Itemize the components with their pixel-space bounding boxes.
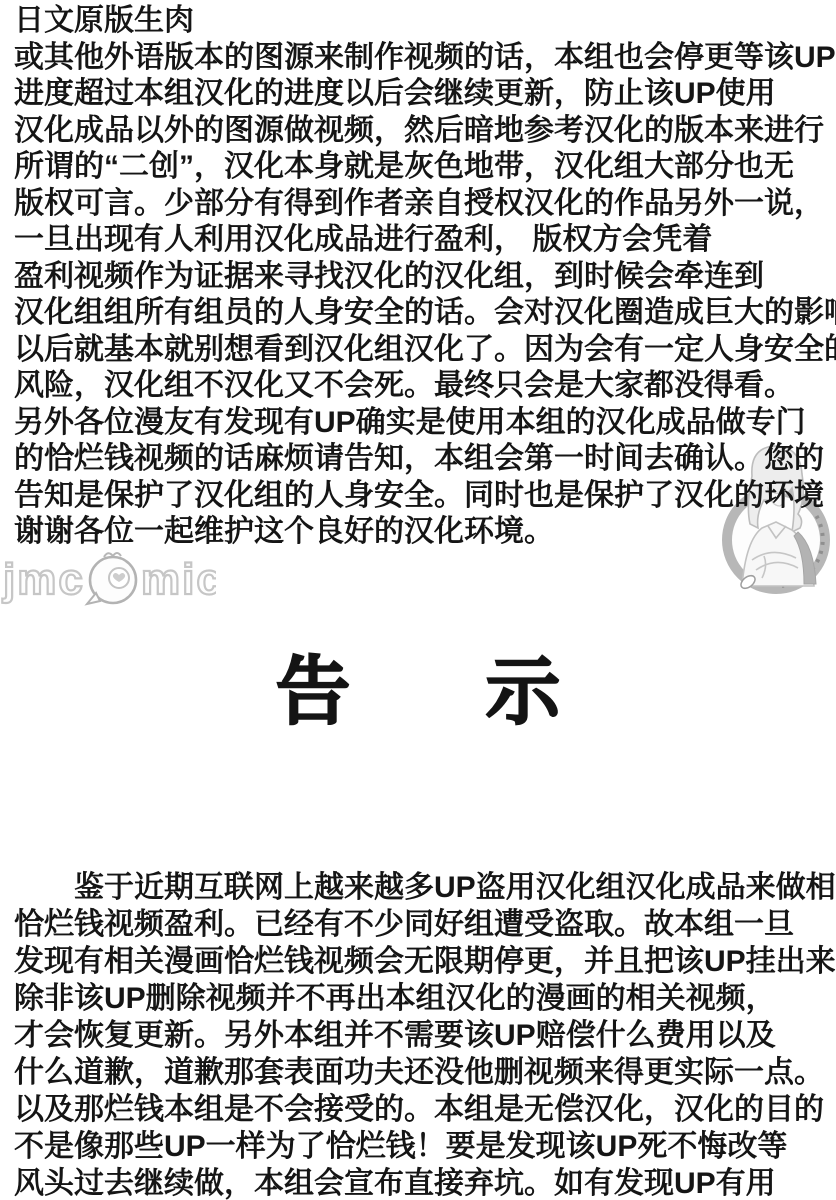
text-line: 汉化组组所有组员的人身安全的话。会对汉化圈造成巨大的影响， [14, 295, 836, 332]
title-char-left: 告 [276, 650, 350, 734]
text-line: 的恰烂钱视频的话麻烦请告知，本组会第一时间去确认。您的 [14, 441, 836, 478]
text-line: 以后就基本就别想看到汉化组汉化了。因为会有一定人身安全的 [14, 332, 836, 369]
text-line: 不是像那些UP一样为了恰烂钱！要是发现该UP死不悔改等 [14, 1128, 836, 1165]
text-line: 进度超过本组汉化的进度以后会继续更新，防止该UP使用 [14, 76, 836, 113]
text-line: 风险，汉化组不汉化又不会死。最终只会是大家都没得看。 [14, 368, 836, 405]
notice-body-paragraph: 鉴于近期互联网上越来越多UP盗用汉化组汉化成品来做相关恰烂钱视频盈利。已经有不少… [14, 869, 836, 1200]
text-line: 发现有相关漫画恰烂钱视频会无限期停更，并且把该UP挂出来， [14, 943, 836, 980]
text-line: 才会恢复更新。另外本组并不需要该UP赔偿什么费用以及 [14, 1017, 836, 1054]
text-line: 风头过去继续做，本组会宣布直接弃坑。如有发现UP有用 [14, 1165, 836, 1200]
text-line: 版权可言。少部分有得到作者亲自授权汉化的作品另外一说， [14, 186, 836, 223]
text-line: 以及那烂钱本组是不会接受的。本组是无偿汉化，汉化的目的 [14, 1091, 836, 1128]
text-line: 汉化成品以外的图源做视频，然后暗地参考汉化的版本来进行 [14, 113, 836, 150]
notice-page: jmc mic 日文原版生肉或其他外语版本的图源来制作视频的话，本组也会停更等该… [0, 0, 836, 1200]
text-line: 所谓的“二创”，汉化本身就是灰色地带，汉化组大部分也无 [14, 149, 836, 186]
text-line: 恰烂钱视频盈利。已经有不少同好组遭受盗取。故本组一旦 [14, 906, 836, 943]
text-line: 谢谢各位一起维护这个良好的汉化环境。 [14, 514, 836, 551]
bird-mascot-icon [87, 553, 136, 604]
text-line: 另外各位漫友有发现有UP确实是使用本组的汉化成品做专门 [14, 405, 836, 442]
text-line: 或其他外语版本的图源来制作视频的话，本组也会停更等该UP的 [14, 40, 836, 77]
text-line: 一旦出现有人利用汉化成品进行盈利， 版权方会凭着 [14, 222, 836, 259]
text-line: 告知是保护了汉化组的人身安全。同时也是保护了汉化的环境 [14, 478, 836, 515]
logo-text-left: jmc [2, 555, 85, 604]
text-line: 除非该UP删除视频并不再出本组汉化的漫画的相关视频， [14, 980, 836, 1017]
title-char-right: 示 [486, 650, 560, 734]
text-line: 盈利视频作为证据来寻找汉化的汉化组，到时候会牵连到 [14, 259, 836, 296]
logo-text-right: mic [141, 555, 216, 604]
notice-top-paragraph: 日文原版生肉或其他外语版本的图源来制作视频的话，本组也会停更等该UP的进度超过本… [14, 3, 836, 551]
text-line: 日文原版生肉 [14, 3, 836, 40]
text-line: 鉴于近期互联网上越来越多UP盗用汉化组汉化成品来做相关 [14, 869, 836, 906]
notice-title: 告 示 [0, 650, 836, 734]
jmcomic-watermark-logo: jmc mic [0, 549, 216, 607]
text-line: 什么道歉，道歉那套表面功夫还没他删视频来得更实际一点。 [14, 1054, 836, 1091]
